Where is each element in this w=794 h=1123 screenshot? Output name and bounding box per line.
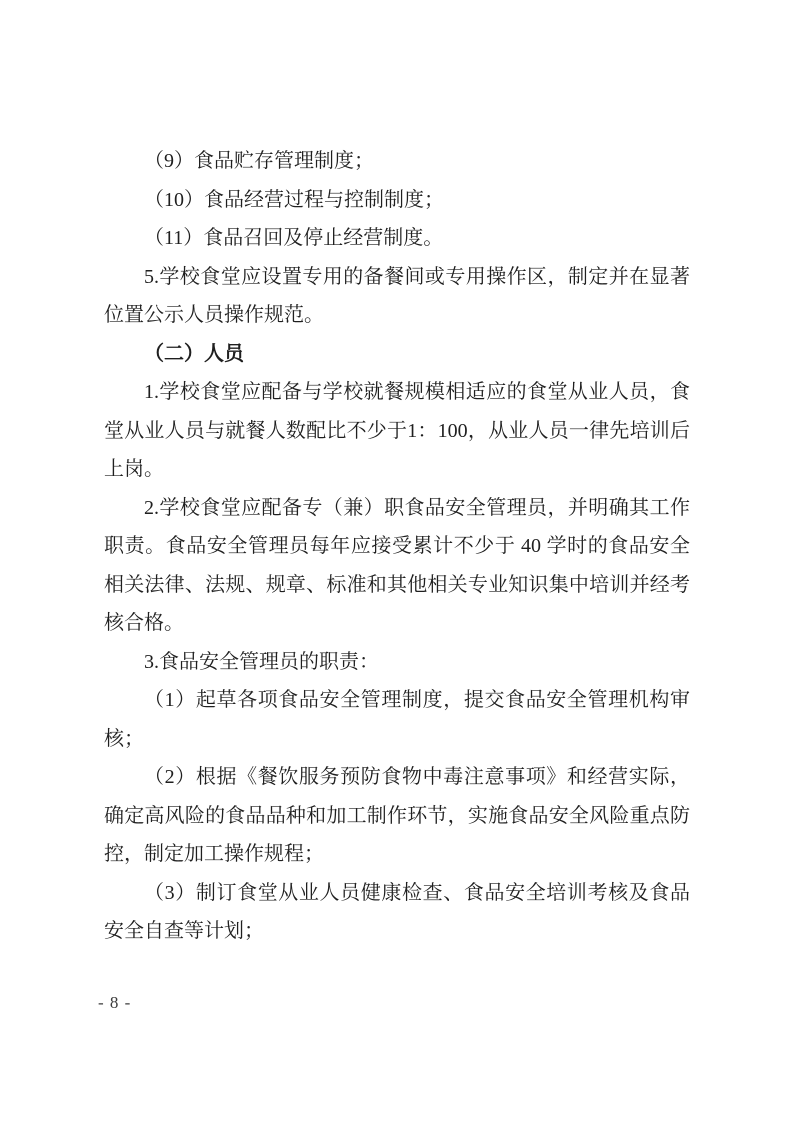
section-heading-personnel: （二）人员	[104, 335, 690, 374]
page-footer: - 8 -	[98, 993, 131, 1013]
paragraph-item-1: 1.学校食堂应配备与学校就餐规模相适应的食堂从业人员，食堂从业人员与就餐人数配比…	[104, 373, 690, 489]
document-body: （9）食品贮存管理制度； （10）食品经营过程与控制制度； （11）食品召回及停…	[104, 142, 690, 951]
paragraph-item-2: 2.学校食堂应配备专（兼）职食品安全管理员，并明确其工作职责。食品安全管理员每年…	[104, 489, 690, 643]
list-item-9: （9）食品贮存管理制度；	[104, 142, 690, 181]
duty-item-2: （2）根据《餐饮服务预防食物中毒注意事项》和经营实际，确定高风险的食品品种和加工…	[104, 758, 690, 874]
list-item-10: （10）食品经营过程与控制制度；	[104, 181, 690, 220]
document-page: （9）食品贮存管理制度； （10）食品经营过程与控制制度； （11）食品召回及停…	[0, 0, 794, 1123]
list-item-11: （11）食品召回及停止经营制度。	[104, 219, 690, 258]
page-number: - 8 -	[98, 993, 131, 1012]
duty-item-3: （3）制订食堂从业人员健康检查、食品安全培训考核及食品安全自查等计划；	[104, 874, 690, 951]
paragraph-item-3: 3.食品安全管理员的职责：	[104, 643, 690, 682]
duty-item-1: （1）起草各项食品安全管理制度，提交食品安全管理机构审核；	[104, 681, 690, 758]
paragraph-item-5: 5.学校食堂应设置专用的备餐间或专用操作区，制定并在显著位置公示人员操作规范。	[104, 258, 690, 335]
